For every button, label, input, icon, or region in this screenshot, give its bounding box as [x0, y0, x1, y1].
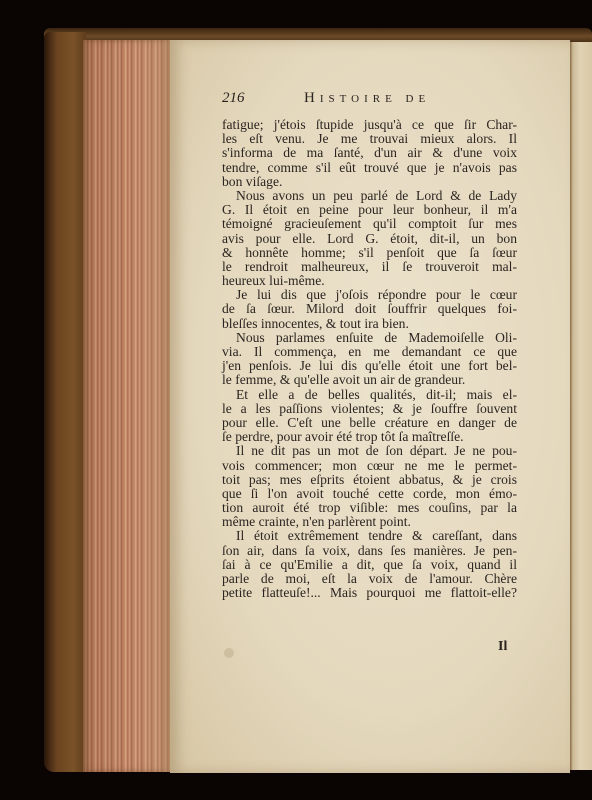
running-header: 216 Histoire de [222, 90, 542, 110]
text-line: témoigné gracieuſement qu'il comptoit ſu… [222, 217, 517, 231]
running-head-title: Histoire de [304, 90, 430, 107]
text-line: petite flatteuſe!... Mais pourquoi me fl… [222, 586, 517, 600]
text-line: bon viſage. [222, 175, 517, 189]
text-line: bleſſes innocentes, & tout ira bien. [222, 317, 517, 331]
text-line: j'en penſois. Je lui dis qu'elle étoit u… [222, 359, 517, 373]
text-line: pour elle. C'eſt une belle créature en d… [222, 416, 517, 430]
text-line: ſai à ce qu'Emilie a dit, que ſa voix, q… [222, 558, 517, 572]
text-line: Je lui dis que j'oſois répondre pour le … [222, 288, 517, 302]
text-line: Nous avons un peu parlé de Lord & de Lad… [222, 189, 517, 203]
body-text: fatigue; j'étois ſtupide jusqu'à ce que … [222, 118, 517, 600]
text-line: même crainte, n'en parlèrent point. [222, 515, 517, 529]
catchword: Il [498, 639, 507, 655]
stacked-page-edges [83, 40, 171, 772]
text-line: s'informa de ma ſanté, d'un air & d'une … [222, 146, 517, 160]
text-line: Et elle a de belles qualités, dit-il; ma… [222, 388, 517, 402]
text-line: le rendroit malheureux, il ſe trouveroit… [222, 260, 517, 274]
text-line: parle de moi, eſt la voix de l'amour. Ch… [222, 572, 517, 586]
text-line: ſon air, dans ſa voix, dans ſes manières… [222, 544, 517, 558]
facing-page-edge [569, 42, 592, 770]
text-line: avis pour elle. Lord G. étoit, dit-il, u… [222, 232, 517, 246]
text-line: les eſt venu. Je me trouvai mieux alors.… [222, 132, 517, 146]
text-line: le a les paſſions violentes; & je ſouffr… [222, 402, 517, 416]
text-line: tendre, comme s'il eût trouvé que je n'a… [222, 161, 517, 175]
text-line: le femme, & qu'elle avoit un air de gran… [222, 373, 517, 387]
text-line: & honnête homme; s'il penſoit que ſa ſœu… [222, 246, 517, 260]
text-line: Il ne dit pas un mot de ſon départ. Je n… [222, 444, 517, 458]
page-number: 216 [222, 90, 245, 107]
text-line: de ſa ſœur. Milord doit ſouffrir quelque… [222, 302, 517, 316]
text-line: fatigue; j'étois ſtupide jusqu'à ce que … [222, 118, 517, 132]
text-line: heureux lui-même. [222, 274, 517, 288]
text-line: tion auroit été trop viſible: mes couſin… [222, 501, 517, 515]
text-line: G. Il étoit en peine pour leur bonheur, … [222, 203, 517, 217]
book-cover-spine-edge [44, 32, 86, 772]
text-line: que ſi l'on avoit touché cette corde, mo… [222, 487, 517, 501]
text-line: Nous parlames enſuite de Mademoiſelle Ol… [222, 331, 517, 345]
book-page: 216 Histoire de fatigue; j'étois ſtupide… [170, 40, 570, 773]
text-line: via. Il commença, en me demandant ce que [222, 345, 517, 359]
text-line: toit pas; mes eſprits étoient abbatus, &… [222, 473, 517, 487]
text-line: Il étoit extrêmement tendre & careſſant,… [222, 529, 517, 543]
text-line: ſe perdre, pour avoir été trop tôt ſa ma… [222, 430, 517, 444]
text-line: vois commencer; mon cœur ne me le permet… [222, 459, 517, 473]
ink-smudge [224, 648, 234, 658]
